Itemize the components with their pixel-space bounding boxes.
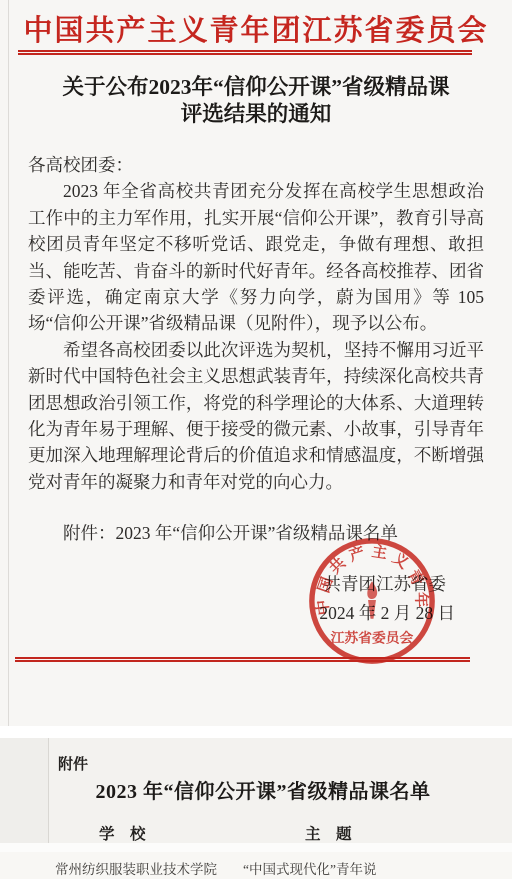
attachment-label: 附件 <box>58 753 88 774</box>
footer-divider <box>15 657 470 662</box>
document-title-line2: 评选结果的通知 <box>0 101 512 128</box>
seal-bottom-text: 江苏省委员会 <box>330 629 414 645</box>
attachment-list-title: 2023 年“信仰公开课”省级精品课名单 <box>48 775 478 804</box>
seal-ring-text: 中国共产主义青年团 <box>303 532 431 616</box>
table-cell-topic: “中国式现代化”青年说 <box>243 858 376 878</box>
body-paragraph-2: 希望各高校团委以此次评选为契机，坚持不懈用习近平新时代中国特色社会主义思想武装青… <box>28 337 484 495</box>
page-gap <box>0 726 512 738</box>
table-header-gap <box>0 843 512 852</box>
table-header-topic: 主 题 <box>305 822 352 844</box>
salutation: 各高校团委： <box>28 152 484 178</box>
document-title-line1: 关于公布2023年“信仰公开课”省级精品课 <box>0 74 512 101</box>
org-header: 中国共产主义青年团江苏省委员会 <box>0 8 512 49</box>
table-row: 常州纺织服装职业技术学院 “中国式现代化”青年说 <box>0 852 512 879</box>
notice-page: 中国共产主义青年团江苏省委员会 关于公布2023年“信仰公开课”省级精品课 评选… <box>0 0 512 726</box>
document-body: 各高校团委： 2023 年全省高校共青团充分发挥在高校学生思想政治工作中的主力军… <box>28 152 484 547</box>
official-seal-stamp: 中国共产主义青年团 江苏省委员会 <box>303 532 441 670</box>
svg-text:中国共产主义青年团: 中国共产主义青年团 <box>303 532 431 616</box>
document-title: 关于公布2023年“信仰公开课”省级精品课 评选结果的通知 <box>0 74 512 128</box>
table-header-school: 学 校 <box>99 822 146 844</box>
table-cell-school: 常州纺织服装职业技术学院 <box>55 858 217 878</box>
seal-torch-emblem <box>367 581 377 618</box>
body-paragraph-1: 2023 年全省高校共青团充分发挥在高校学生思想政治工作中的主力军作用，扎实开展… <box>28 178 484 336</box>
header-divider <box>18 50 472 55</box>
attachment-page: 附件 2023 年“信仰公开课”省级精品课名单 学 校 主 题 常州纺织服装职业… <box>0 738 512 879</box>
